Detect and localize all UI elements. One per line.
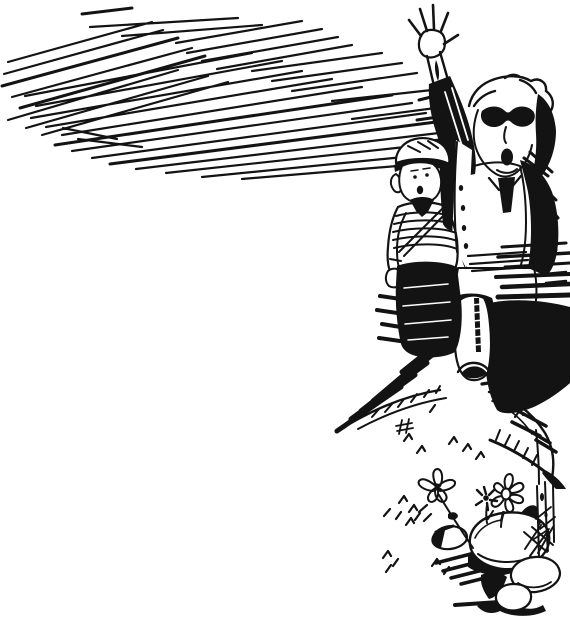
child-jersey [388,202,458,271]
child-face [399,162,441,203]
sky-hatching-strokes [2,8,445,179]
hash-mark [396,419,413,434]
round-stone [496,584,531,610]
man-head [469,75,556,184]
illustration-canvas [0,0,570,625]
neck-tie [489,176,521,213]
child-kerchief [410,197,434,217]
child-legs-dark [396,262,462,358]
foreground-stones [432,505,560,616]
illustration-page [0,0,570,625]
dark-brow-glasses [481,107,535,128]
ink-illustration [0,0,570,625]
child-mouth [417,186,423,194]
